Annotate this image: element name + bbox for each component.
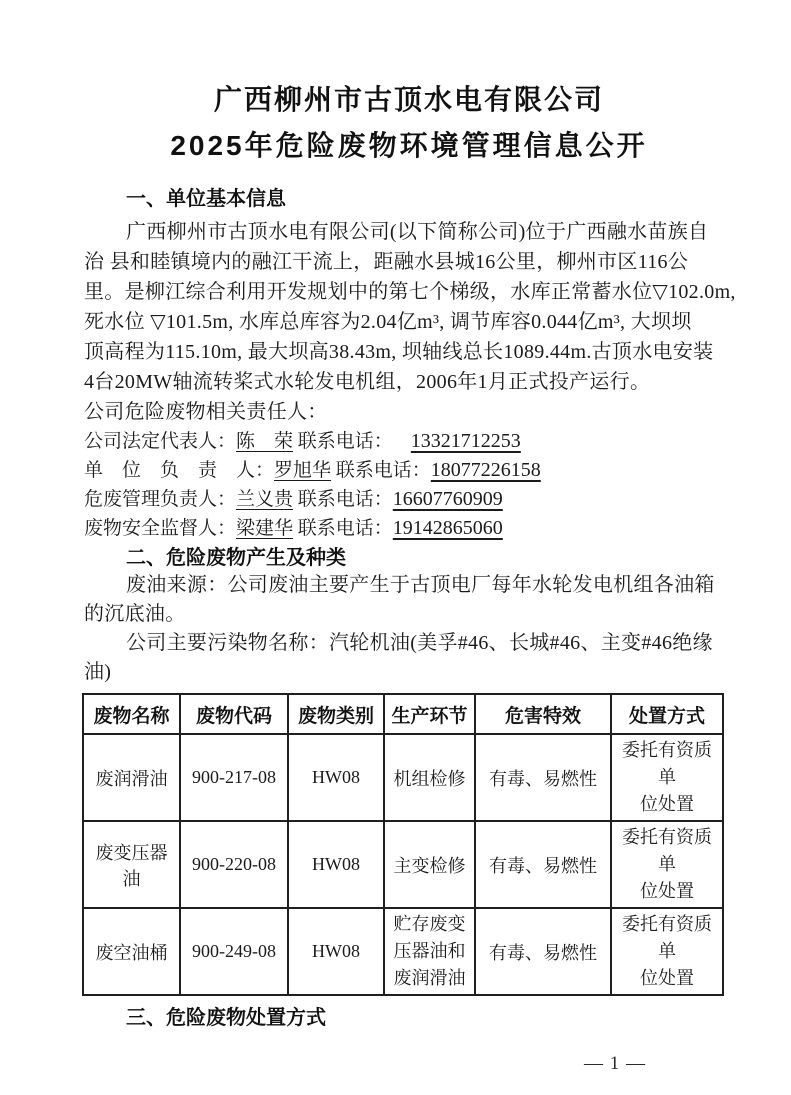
contact-phone-label: 联系电话： (298, 431, 393, 452)
contact-role: 废物安全监督人： (84, 518, 236, 539)
paragraph-line: 治 县和睦镇境内的融江干流上，距融水县城16公里，柳州市区116公 (84, 247, 734, 277)
paragraph-line: 顶高程为115.10m, 最大坝高38.43m, 坝轴线总长1089.44m.古… (84, 337, 734, 367)
waste-table-row-lubricating-oil: 废润滑油 900-217-08 HW08 机组检修 有毒、易燃性 委托有资质单 … (83, 734, 723, 821)
hazardous-waste-table: 废物名称 废物代码 废物类别 生产环节 危害特效 处置方式 废润滑油 900-2… (82, 693, 724, 996)
contact-phone: 19142865060 (393, 517, 503, 539)
contact-name: 兰义贵 (236, 489, 293, 510)
cell-waste-code: 900-217-08 (180, 734, 288, 821)
cell-line: 委托有资质单 (616, 911, 718, 965)
cell-line: 委托有资质单 (616, 737, 718, 791)
cell-disposal: 委托有资质单 位处置 (611, 908, 723, 995)
cell-production-stage: 贮存废变 压器油和 废润滑油 (384, 908, 475, 995)
paragraph-line: 4台20MW轴流转桨式水轮发电机组，2006年1月正式投产运行。 (84, 367, 734, 397)
paragraph-line: 广西柳州市古顶水电有限公司(以下简称公司)位于广西融水苗族自 (84, 217, 734, 247)
waste-table-row-transformer-oil: 废变压器油 900-220-08 HW08 主变检修 有毒、易燃性 委托有资质单… (83, 821, 723, 908)
waste-oil-source-line: 废油来源：公司废油主要产生于古顶电厂每年水轮发电机组各油箱 (84, 571, 734, 600)
cell-disposal: 委托有资质单 位处置 (611, 821, 723, 908)
paragraph-line: 死水位 ▽101.5m, 水库总库容为2.04亿m³, 调节库容0.044亿m³… (84, 307, 734, 337)
cell-line: 位处置 (616, 791, 718, 818)
contact-phone: 18077226158 (431, 459, 541, 481)
cell-line: 压器油和 (389, 938, 470, 965)
cell-hazard: 有毒、易燃性 (475, 908, 611, 995)
waste-table-header-row: 废物名称 废物代码 废物类别 生产环节 危害特效 处置方式 (83, 694, 723, 734)
responsible-intro: 公司危险废物相关责任人： (84, 397, 734, 427)
cell-disposal: 委托有资质单 位处置 (611, 734, 723, 821)
waste-table-row-empty-oil-drums: 废空油桶 900-249-08 HW08 贮存废变 压器油和 废润滑油 有毒、易… (83, 908, 723, 995)
cell-waste-category: HW08 (288, 908, 384, 995)
cell-waste-code: 900-220-08 (180, 821, 288, 908)
header-hazard: 危害特效 (475, 694, 611, 734)
header-waste-code: 废物代码 (180, 694, 288, 734)
pollutant-name-line: 公司主要污染物名称：汽轮机油(美孚#46、长城#46、主变#46绝缘 (84, 629, 734, 658)
cell-hazard: 有毒、易燃性 (475, 734, 611, 821)
header-production-stage: 生产环节 (384, 694, 475, 734)
cell-line: 委托有资质单 (616, 824, 718, 878)
document-title-line2: 2025年危险废物环境管理信息公开 (84, 130, 734, 162)
cell-production-stage: 主变检修 (384, 821, 475, 908)
cell-waste-category: HW08 (288, 734, 384, 821)
cell-production-stage: 机组检修 (384, 734, 475, 821)
contact-phone-label: 联系电话： (298, 518, 393, 539)
contact-phone: 16607760909 (393, 488, 503, 510)
page-number: — 1 — (84, 1053, 734, 1075)
document-page: 广西柳州市古顶水电有限公司 2025年危险废物环境管理信息公开 一、单位基本信息… (0, 0, 791, 1095)
contact-name: 罗旭华 (274, 460, 331, 481)
paragraph-line: 里。是柳江综合利用开发规划中的第七个梯级，水库正常蓄水位▽102.0m, (84, 277, 734, 307)
contact-name: 梁建华 (236, 518, 293, 539)
document-title-line1: 广西柳州市古顶水电有限公司 (84, 84, 734, 116)
contact-role: 公司法定代表人： (84, 431, 236, 452)
section1-paragraph: 广西柳州市古顶水电有限公司(以下简称公司)位于广西融水苗族自 治 县和睦镇境内的… (84, 217, 734, 397)
cell-waste-name: 废空油桶 (83, 908, 180, 995)
cell-waste-name: 废润滑油 (83, 734, 180, 821)
section2-heading: 二、危险废物产生及种类 (126, 545, 734, 571)
contact-role: 单 位 负 责 人： (84, 460, 274, 481)
cell-hazard: 有毒、易燃性 (475, 821, 611, 908)
contact-row-hazwaste-manager: 危废管理负责人：兰义贵 联系电话：16607760909 (84, 485, 734, 514)
cell-line: 贮存废变 (389, 911, 470, 938)
cell-line: 位处置 (616, 965, 718, 992)
cell-line: 废润滑油 (389, 965, 470, 992)
header-waste-category: 废物类别 (288, 694, 384, 734)
header-waste-name: 废物名称 (83, 694, 180, 734)
contact-phone: 13321712253 (411, 430, 521, 452)
contact-row-safety-supervisor: 废物安全监督人：梁建华 联系电话：19142865060 (84, 514, 734, 543)
cell-waste-name: 废变压器油 (83, 821, 180, 908)
contact-name: 陈 荣 (236, 431, 293, 452)
contact-role: 危废管理负责人： (84, 489, 236, 510)
pollutant-name-line: 油) (84, 658, 734, 687)
contact-row-unit-head: 单 位 负 责 人：罗旭华 联系电话：18077226158 (84, 456, 734, 485)
contact-row-legal-representative: 公司法定代表人：陈 荣 联系电话：13321712253 (84, 427, 734, 456)
cell-waste-code: 900-249-08 (180, 908, 288, 995)
cell-line: 位处置 (616, 878, 718, 905)
header-disposal: 处置方式 (611, 694, 723, 734)
contact-phone-label: 联系电话： (298, 489, 393, 510)
section2-body: 废油来源：公司废油主要产生于古顶电厂每年水轮发电机组各油箱 的沉底油。 公司主要… (84, 571, 734, 687)
contact-phone-label: 联系电话： (336, 460, 431, 481)
waste-oil-source-line: 的沉底油。 (84, 600, 734, 629)
cell-waste-category: HW08 (288, 821, 384, 908)
section1-heading: 一、单位基本信息 (126, 186, 734, 212)
section3-heading: 三、危险废物处置方式 (126, 1005, 734, 1031)
